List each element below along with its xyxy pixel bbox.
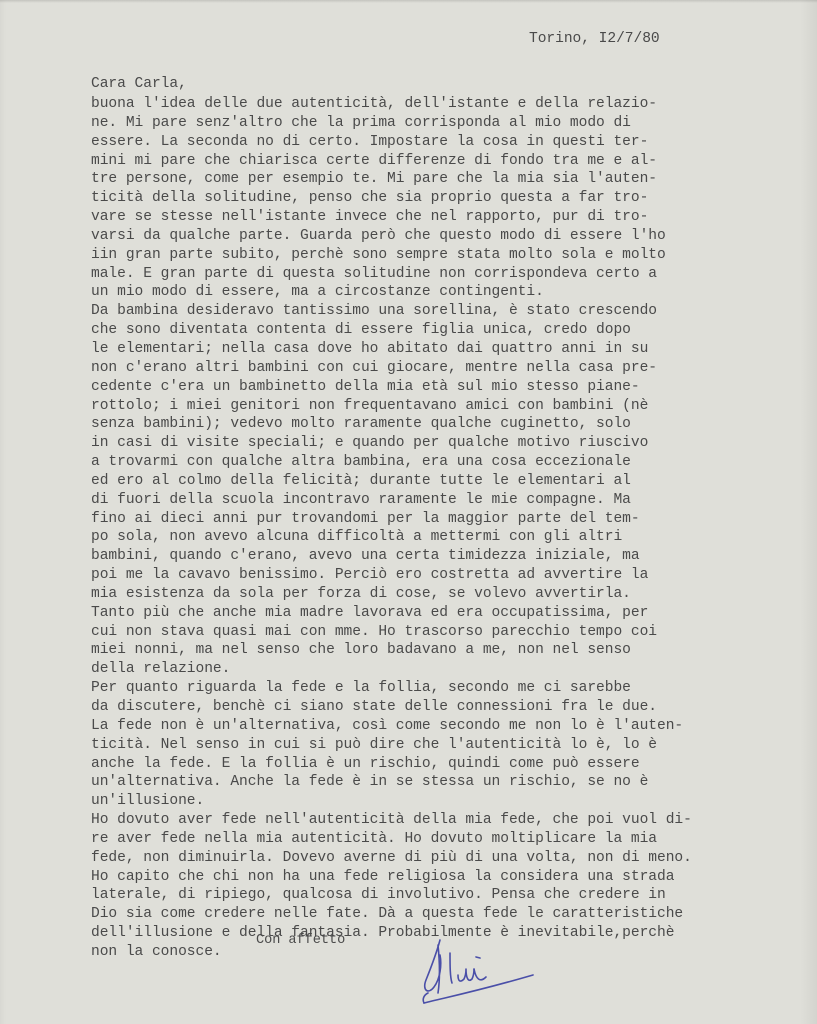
- body-line: re aver fede nella mia autenticità. Ho d…: [91, 830, 692, 849]
- body-line: dell'illusione e della fantasia. Probabi…: [91, 924, 692, 943]
- body-line: le elementari; nella casa dove ho abitat…: [91, 340, 692, 359]
- body-line: iin gran parte subito, perchè sono sempr…: [91, 246, 692, 265]
- body-line: in casi di visite speciali; e quando per…: [91, 434, 692, 453]
- body-line: un'illusione.: [91, 792, 692, 811]
- body-line: ticità. Nel senso in cui si può dire che…: [91, 736, 692, 755]
- body-line: mini mi pare che chiarisca certe differe…: [91, 152, 692, 171]
- body-line: poi me la cavavo benissimo. Perciò ero c…: [91, 566, 692, 585]
- body-line: a trovarmi con qualche altra bambina, er…: [91, 453, 692, 472]
- body-line: Per quanto riguarda la fede e la follia,…: [91, 679, 692, 698]
- body-line: bambini, quando c'erano, avevo una certa…: [91, 547, 692, 566]
- letter-body: buona l'idea delle due autenticità, dell…: [91, 95, 692, 962]
- body-line: Tanto più che anche mia madre lavorava e…: [91, 604, 692, 623]
- body-line: male. E gran parte di questa solitudine …: [91, 265, 692, 284]
- body-line: un mio modo di essere, ma a circostanze …: [91, 283, 692, 302]
- body-line: vare se stesse nell'istante invece che n…: [91, 208, 692, 227]
- body-line: essere. La seconda no di certo. Impostar…: [91, 133, 692, 152]
- body-line: La fede non è un'alternativa, così come …: [91, 717, 692, 736]
- body-line: laterale, di ripiego, qualcosa di involu…: [91, 886, 692, 905]
- body-line: ne. Mi pare senz'altro che la prima corr…: [91, 114, 692, 133]
- body-line: della relazione.: [91, 660, 692, 679]
- body-line: che sono diventata contenta di essere fi…: [91, 321, 692, 340]
- body-line: anche la fede. E la follia è un rischio,…: [91, 755, 692, 774]
- body-line: fede, non diminuirla. Dovevo averne di p…: [91, 849, 692, 868]
- body-line: un'alternativa. Anche la fede è in se st…: [91, 773, 692, 792]
- body-line: Da bambina desideravo tantissimo una sor…: [91, 302, 692, 321]
- body-line: non la conosce.: [91, 943, 692, 962]
- body-line: ticità della solitudine, penso che sia p…: [91, 189, 692, 208]
- body-line: senza bambini); vedevo molto raramente q…: [91, 415, 692, 434]
- body-line: di fuori della scuola incontravo raramen…: [91, 491, 692, 510]
- body-line: tre persone, come per esempio te. Mi par…: [91, 170, 692, 189]
- body-line: varsi da qualche parte. Guarda però che …: [91, 227, 692, 246]
- body-line: non c'erano altri bambini con cui giocar…: [91, 359, 692, 378]
- body-line: cedente c'era un bambinetto della mia et…: [91, 378, 692, 397]
- body-line: mia esistenza da sola per forza di cose,…: [91, 585, 692, 604]
- body-line: Dio sia come credere nelle fate. Dà a qu…: [91, 905, 692, 924]
- body-line: po sola, non avevo alcuna difficoltà a m…: [91, 528, 692, 547]
- body-line: cui non stava quasi mai con mme. Ho tras…: [91, 623, 692, 642]
- body-line: da discutere, benchè ci siano state dell…: [91, 698, 692, 717]
- body-line: Ho capito che chi non ha una fede religi…: [91, 868, 692, 887]
- salutation: Cara Carla,: [91, 76, 187, 92]
- closing: Con affetto: [256, 933, 345, 948]
- body-line: ed ero al colmo della felicità; durante …: [91, 472, 692, 491]
- body-line: rottolo; i miei genitori non frequentava…: [91, 397, 692, 416]
- handwritten-signature-icon: [418, 935, 548, 1015]
- body-line: buona l'idea delle due autenticità, dell…: [91, 95, 692, 114]
- body-line: miei nonni, ma nel senso che loro badava…: [91, 641, 692, 660]
- body-line: Ho dovuto aver fede nell'autenticità del…: [91, 811, 692, 830]
- body-line: fino ai dieci anni pur trovandomi per la…: [91, 510, 692, 529]
- letter-page: Torino, I2/7/80 Cara Carla, buona l'idea…: [0, 0, 817, 1024]
- place-date: Torino, I2/7/80: [529, 31, 660, 47]
